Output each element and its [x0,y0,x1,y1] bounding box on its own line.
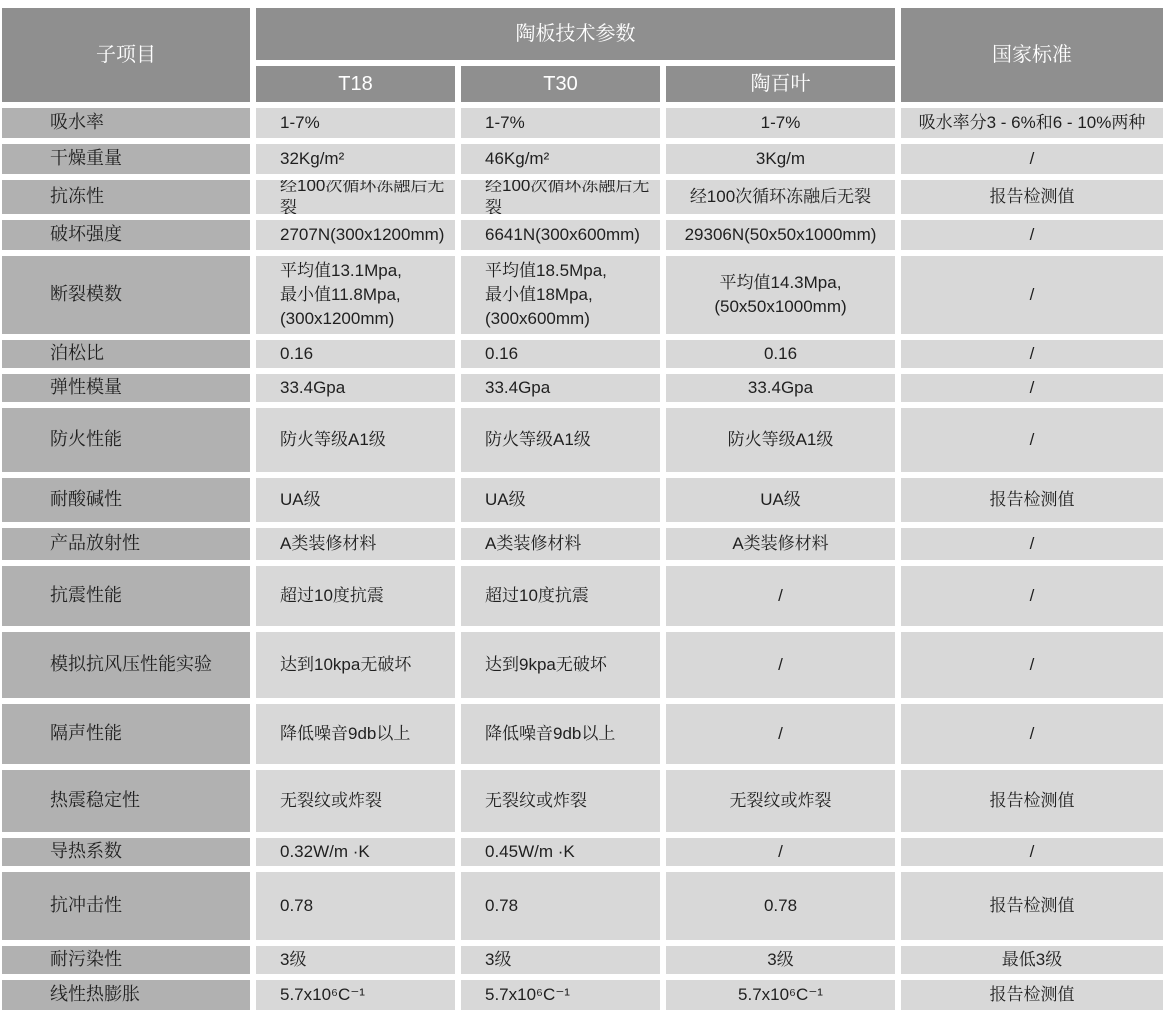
cell-t18: 达到10kpa无破坏 [256,632,455,698]
cell-t30: 超过10度抗震 [461,566,660,626]
cell-t18: 无裂纹或炸裂 [256,770,455,832]
row-label: 产品放射性 [2,528,250,560]
cell-t18: A类装修材料 [256,528,455,560]
cell-t30: 达到9kpa无破坏 [461,632,660,698]
cell-line: (300x1200mm) [280,307,394,331]
cell-louver: / [666,632,895,698]
cell-louver: 0.16 [666,340,895,368]
cell-standard: / [901,632,1163,698]
cell-t30: UA级 [461,478,660,522]
column-header-louver: 陶百叶 [666,66,895,102]
cell-line: (50x50x1000mm) [714,295,846,319]
cell-line: 平均值18.5Mpa, [485,259,607,283]
row-label: 隔声性能 [2,704,250,764]
column-header-t18: T18 [256,66,455,102]
row-label: 耐污染性 [2,946,250,974]
cell-louver: 3级 [666,946,895,974]
cell-standard: / [901,340,1163,368]
national-standard-header: 国家标准 [901,8,1163,102]
cell-standard: 报告检测值 [901,770,1163,832]
cell-standard: / [901,374,1163,402]
cell-line: 平均值13.1Mpa, [280,259,402,283]
cell-standard: / [901,566,1163,626]
row-label: 抗冻性 [2,180,250,214]
cell-t18: 超过10度抗震 [256,566,455,626]
row-label: 线性热膨胀 [2,980,250,1010]
cell-louver: / [666,704,895,764]
cell-standard: / [901,838,1163,866]
cell-t18: UA级 [256,478,455,522]
cell-standard: / [901,256,1163,334]
cell-t18: 平均值13.1Mpa, 最小值11.8Mpa, (300x1200mm) [256,256,455,334]
cell-t30: 无裂纹或炸裂 [461,770,660,832]
cell-louver: 1-7% [666,108,895,138]
cell-standard: / [901,528,1163,560]
row-label: 吸水率 [2,108,250,138]
cell-t30: A类装修材料 [461,528,660,560]
cell-louver: 3Kg/m [666,144,895,174]
cell-standard: / [901,408,1163,472]
cell-standard: 最低3级 [901,946,1163,974]
cell-standard: 报告检测值 [901,180,1163,214]
cell-t18: 1-7% [256,108,455,138]
cell-louver: 33.4Gpa [666,374,895,402]
cell-louver: 0.78 [666,872,895,940]
cell-t18: 防火等级A1级 [256,408,455,472]
cell-t18: 0.32W/m ·K [256,838,455,866]
cell-t30: 46Kg/m² [461,144,660,174]
cell-t30: 33.4Gpa [461,374,660,402]
cell-line: 最小值11.8Mpa, [280,283,401,307]
cell-louver: 5.7x10⁶C⁻¹ [666,980,895,1010]
row-label: 耐酸碱性 [2,478,250,522]
row-label: 热震稳定性 [2,770,250,832]
cell-line: 最小值18Mpa, [485,283,593,307]
cell-standard: 报告检测值 [901,872,1163,940]
cell-t30: 5.7x10⁶C⁻¹ [461,980,660,1010]
cell-louver: 防火等级A1级 [666,408,895,472]
cell-louver: A类装修材料 [666,528,895,560]
row-label: 干燥重量 [2,144,250,174]
cell-louver: 经100次循环冻融后无裂 [666,180,895,214]
cell-t30: 0.16 [461,340,660,368]
cell-standard: 报告检测值 [901,478,1163,522]
cell-louver: UA级 [666,478,895,522]
cell-t30: 防火等级A1级 [461,408,660,472]
cell-t18: 5.7x10⁶C⁻¹ [256,980,455,1010]
row-label: 防火性能 [2,408,250,472]
cell-t30: 0.78 [461,872,660,940]
cell-t18: 32Kg/m² [256,144,455,174]
corner-header: 子项目 [2,8,250,102]
cell-t18: 降低噪音9db以上 [256,704,455,764]
row-label: 破坏强度 [2,220,250,250]
cell-t30: 6641N(300x600mm) [461,220,660,250]
cell-louver: / [666,838,895,866]
cell-t30: 平均值18.5Mpa, 最小值18Mpa, (300x600mm) [461,256,660,334]
cell-t30: 降低噪音9db以上 [461,704,660,764]
cell-t30: 0.45W/m ·K [461,838,660,866]
cell-standard: / [901,220,1163,250]
cell-standard: / [901,144,1163,174]
cell-standard: 报告检测值 [901,980,1163,1010]
cell-t30: 经100次循环冻融后无裂 [461,180,660,214]
spec-table: 子项目 陶板技术参数 国家标准 T18 T30 陶百叶 吸水率 1-7% 1-7… [2,8,1163,1010]
row-label: 弹性模量 [2,374,250,402]
row-label: 断裂模数 [2,256,250,334]
cell-t18: 0.78 [256,872,455,940]
cell-t18: 经100次循环冻融后无裂 [256,180,455,214]
row-label: 抗震性能 [2,566,250,626]
cell-standard: / [901,704,1163,764]
cell-t18: 0.16 [256,340,455,368]
cell-louver: 29306N(50x50x1000mm) [666,220,895,250]
cell-t18: 2707N(300x1200mm) [256,220,455,250]
row-label: 泊松比 [2,340,250,368]
cell-t18: 3级 [256,946,455,974]
row-label: 模拟抗风压性能实验 [2,632,250,698]
cell-t30: 1-7% [461,108,660,138]
row-label: 抗冲击性 [2,872,250,940]
page: 子项目 陶板技术参数 国家标准 T18 T30 陶百叶 吸水率 1-7% 1-7… [0,0,1165,1018]
row-label: 导热系数 [2,838,250,866]
group-header: 陶板技术参数 [256,8,895,60]
cell-louver: / [666,566,895,626]
cell-louver: 无裂纹或炸裂 [666,770,895,832]
cell-line: (300x600mm) [485,307,590,331]
cell-line: 平均值14.3Mpa, [720,271,842,295]
cell-standard: 吸水率分3 - 6%和6 - 10%两种 [901,108,1163,138]
column-header-t30: T30 [461,66,660,102]
cell-t30: 3级 [461,946,660,974]
cell-louver: 平均值14.3Mpa, (50x50x1000mm) [666,256,895,334]
cell-t18: 33.4Gpa [256,374,455,402]
